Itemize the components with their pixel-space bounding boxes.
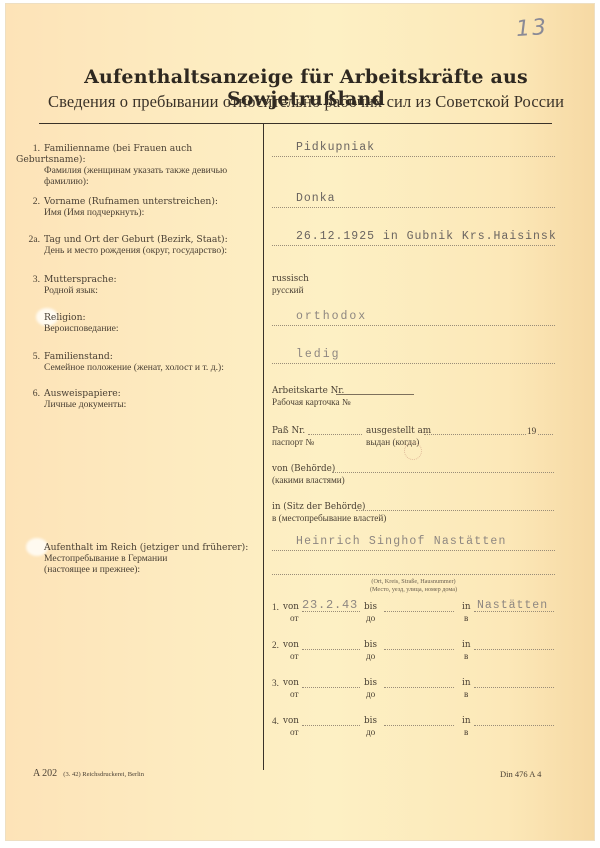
family-name-value: Pidkupniak <box>296 141 375 154</box>
field-residence-label: Aufenthalt im Reich (jetziger und früher… <box>16 542 261 575</box>
to-line <box>384 725 454 726</box>
seat-label-de: in (Sitz der Behörde) <box>272 502 386 513</box>
label-ru: Родной язык: <box>44 285 98 296</box>
passport-label: Paß Nr. паспорт № <box>272 426 314 448</box>
in-line <box>474 649 554 650</box>
to-line <box>384 611 454 612</box>
from-label-de: von <box>283 640 299 651</box>
din-format: Din 476 A 4 <box>500 769 541 779</box>
to-label-ru: до <box>366 651 375 662</box>
field-id-papers-label: 6.Ausweispapiere: Личные документы: <box>16 388 261 410</box>
period-row: 4. von от bis до in в <box>272 716 562 754</box>
in-label-de: in <box>462 640 470 651</box>
faint-stamp-mark <box>404 442 422 460</box>
in-label-ru: в <box>464 689 468 700</box>
label-de: Aufenthalt im Reich (jetziger und früher… <box>44 542 248 553</box>
year-line <box>538 434 553 435</box>
label-de: Familienstand: <box>44 351 113 362</box>
document-page: 13 Aufenthaltsanzeige für Arbeitskräfte … <box>6 4 594 840</box>
in-label-ru: в <box>464 651 468 662</box>
mother-tongue-value: russisch русский <box>272 274 309 296</box>
to-line <box>384 687 454 688</box>
to-label-de: bis <box>364 640 377 651</box>
in-label-ru: в <box>464 613 468 624</box>
from-label-ru: от <box>290 651 299 662</box>
from-label-ru: от <box>290 613 299 624</box>
label-ru: Имя (Имя подчеркнуть): <box>44 207 144 218</box>
in-label-ru: в <box>464 727 468 738</box>
label-de: Muttersprache: <box>44 274 117 285</box>
to-label-ru: до <box>366 727 375 738</box>
issued-line <box>424 434 526 435</box>
label-ru-cont: (настоящее и прежнее): <box>44 564 140 575</box>
issued-label-de: ausgestellt am <box>366 426 431 437</box>
marital-status-value: ledig <box>296 348 341 361</box>
authority-label: von (Behörde) (какими властями) <box>272 464 345 486</box>
field-number: 1. <box>16 143 40 154</box>
issued-label: ausgestellt am выдан (когда) <box>366 426 431 448</box>
label-ru: Местопребывание в Германии <box>44 553 167 564</box>
to-label-de: bis <box>364 602 377 613</box>
label-ru: Вероисповедание: <box>44 323 119 334</box>
mother-tongue-value-ru: русский <box>272 285 309 296</box>
label-ru: Личные документы: <box>44 399 126 410</box>
residence-hint-de: (Ort, Kreis, Straße, Hausnummer) <box>272 578 555 586</box>
work-card-label-ru: Рабочая карточка № <box>272 397 351 408</box>
birth-value: 26.12.1925 in Gubnik Krs.Haisinsk <box>296 230 557 243</box>
field-number: 2. <box>16 196 40 207</box>
work-card-line <box>336 394 414 395</box>
birth-line <box>272 245 555 246</box>
marital-status-line <box>272 363 555 364</box>
to-label-de: bis <box>364 678 377 689</box>
field-number: 3. <box>16 274 40 285</box>
label-ru: Фамилия (женщинам указать также девичью <box>44 165 227 176</box>
from-label-ru: от <box>290 689 299 700</box>
work-card-label-de: Arbeitskarte Nr. <box>272 386 351 397</box>
authority-label-de: von (Behörde) <box>272 464 345 475</box>
field-marital-status-label: 5.Familienstand: Семейное положение (жен… <box>16 351 266 373</box>
field-number: 5. <box>16 351 40 362</box>
in-line <box>474 687 554 688</box>
period-number: 3. <box>272 678 279 689</box>
residence-line-1 <box>272 550 555 551</box>
field-religion-label: Religion: Вероисповедание: <box>16 312 261 334</box>
first-name-value: Donka <box>296 192 336 205</box>
from-line <box>302 725 360 726</box>
label-ru-cont: фамилию): <box>44 176 89 187</box>
passport-label-de: Paß Nr. <box>272 426 314 437</box>
from-label-de: von <box>283 716 299 727</box>
field-birth-label: 2a.Tag und Ort der Geburt (Bezirk, Staat… <box>16 234 266 256</box>
label-de: Ausweispapiere: <box>44 388 121 399</box>
residence-hint-ru: (Место, уезд, улица, номер дома) <box>272 586 555 594</box>
in-line <box>474 611 554 612</box>
religion-value: orthodox <box>296 310 367 323</box>
from-line <box>302 649 360 650</box>
first-name-line <box>272 207 555 208</box>
title-russian: Сведения о пребывании относительно рабоч… <box>6 92 600 112</box>
issued-label-ru: выдан (когда) <box>366 437 431 448</box>
authority-label-ru: (какими властями) <box>272 475 345 486</box>
seat-line <box>356 510 554 511</box>
label-ru: День и место рождения (округ, государств… <box>44 245 227 256</box>
year-prefix: 19 <box>527 426 536 437</box>
period-row: 1. von от 23.2.43 bis до in в Nastätten <box>272 602 562 640</box>
print-info: (3. 42) Reichsdruckerei, Berlin <box>63 771 144 778</box>
in-label-de: in <box>462 678 470 689</box>
work-card-label: Arbeitskarte Nr. Рабочая карточка № <box>272 386 351 408</box>
label-ru: Семейное положение (женат, холост и т. д… <box>44 362 224 373</box>
authority-line <box>332 472 554 473</box>
passport-label-ru: паспорт № <box>272 437 314 448</box>
period-number: 2. <box>272 640 279 651</box>
family-name-line <box>272 156 555 157</box>
field-first-name-label: 2.Vorname (Rufnamen unterstreichen): Имя… <box>16 196 261 218</box>
period-number: 1. <box>272 602 279 613</box>
period-from-value: 23.2.43 <box>302 598 358 612</box>
in-label-de: in <box>462 602 470 613</box>
religion-line <box>272 325 555 326</box>
field-number: 6. <box>16 388 40 399</box>
from-label-de: von <box>283 602 299 613</box>
from-line <box>302 611 360 612</box>
period-number: 4. <box>272 716 279 727</box>
label-de: Tag und Ort der Geburt (Bezirk, Staat): <box>44 234 228 245</box>
period-row: 3. von от bis до in в <box>272 678 562 716</box>
form-number: A 202 <box>33 768 57 779</box>
to-label-ru: до <box>366 613 375 624</box>
from-label-de: von <box>283 678 299 689</box>
page-number-annotation: 13 <box>515 15 549 42</box>
from-line <box>302 687 360 688</box>
residence-periods: 1. von от 23.2.43 bis до in в Nastätten … <box>272 602 562 754</box>
residence-address-value: Heinrich Singhof Nastätten <box>296 535 507 548</box>
authority-seat-label: in (Sitz der Behörde) в (местопребывание… <box>272 502 386 524</box>
label-de: Religion: <box>44 312 86 323</box>
label-de: Familienname (bei Frauen auch Geburtsnam… <box>16 143 192 165</box>
seat-label-ru: в (местопребывание властей) <box>272 513 386 524</box>
passport-line <box>308 434 362 435</box>
field-family-name-label: 1.Familienname (bei Frauen auch Geburtsn… <box>16 143 261 187</box>
label-de: Vorname (Rufnamen unterstreichen): <box>44 196 218 207</box>
to-label-ru: до <box>366 689 375 700</box>
field-number: 2a. <box>16 234 40 245</box>
mother-tongue-value-de: russisch <box>272 274 309 285</box>
form-footer-left: A 202 (3. 42) Reichsdruckerei, Berlin <box>33 768 144 779</box>
header-rule <box>39 123 552 124</box>
residence-hint: (Ort, Kreis, Straße, Hausnummer) (Место,… <box>272 578 555 594</box>
to-line <box>384 649 454 650</box>
field-mother-tongue-label: 3.Muttersprache: Родной язык: <box>16 274 261 296</box>
in-label-de: in <box>462 716 470 727</box>
to-label-de: bis <box>364 716 377 727</box>
period-row: 2. von от bis до in в <box>272 640 562 678</box>
column-divider <box>263 123 264 770</box>
from-label-ru: от <box>290 727 299 738</box>
in-line <box>474 725 554 726</box>
residence-line-2 <box>272 574 555 575</box>
